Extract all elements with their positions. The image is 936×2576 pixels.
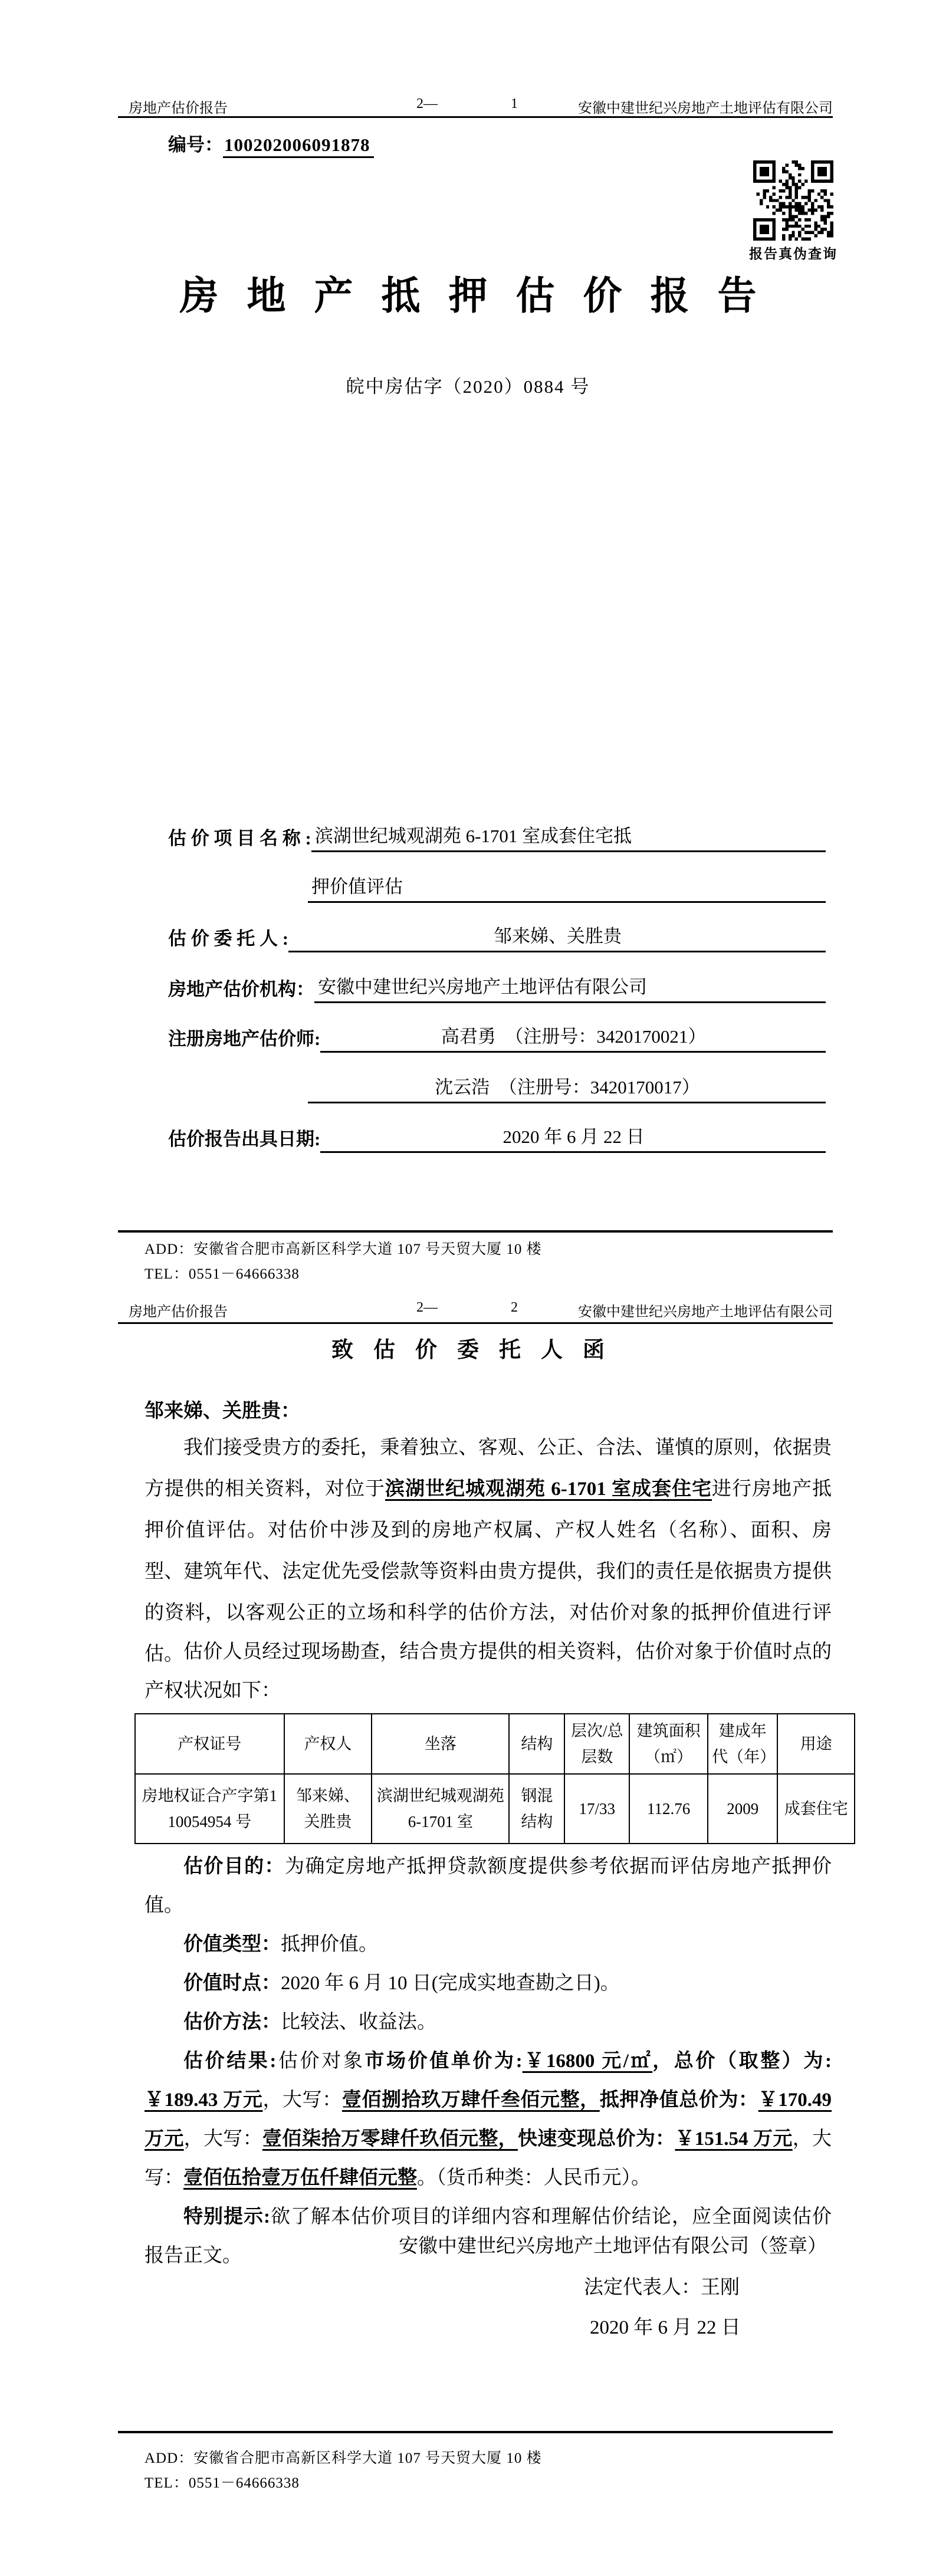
page1-footer-tel: TEL：0551－64666338 [144, 1262, 300, 1283]
field-appraiser-row1: 注册房地产估价师: 高君勇 （注册号：3420170021） [168, 1021, 826, 1053]
field-client-label: 估 价 委 托 人 : [168, 924, 288, 952]
table-cell-structure: 钢混结构 [509, 1774, 564, 1844]
property-status-table: 产权证号 产权人 坐落 结构 层次/总层数 建筑面积（㎡） 建成年代（年） 用途… [134, 1713, 855, 1844]
field-project-name-row1: 估 价 项 目 名 称 : 滨湖世纪城观湖苑 6-1701 室成套住宅抵 [168, 821, 826, 852]
table-cell-year: 2009 [708, 1774, 777, 1844]
tel-label: TEL： [144, 1266, 189, 1282]
field-issue-date-value: 2020 年 6 月 22 日 [320, 1122, 826, 1153]
page2-footer-address: ADD：安徽省合肥市高新区科学大道 107 号天贸大厦 10 楼 [144, 2446, 542, 2467]
address-label: ADD： [144, 1241, 193, 1257]
table-cell-cert-no: 房地权证合产字第110054954 号 [135, 1774, 284, 1844]
field-issue-date-label: 估价报告出具日期: [168, 1124, 320, 1153]
address-value: 安徽省合肥市高新区科学大道 107 号天贸大厦 10 楼 [193, 2450, 542, 2466]
item-value-type: 价值类型：抵押价值。 [144, 1925, 832, 1964]
qr-code [753, 160, 833, 241]
signature-company: 安徽中建世纪兴房地产土地评估有限公司（签章） [399, 2230, 827, 2258]
field-project-value-line1: 滨湖世纪城观湖苑 6-1701 室成套住宅抵 [311, 821, 826, 852]
signature-date: 2020 年 6 月 22 日 [590, 2312, 741, 2340]
document-number: 皖中房估字（2020）0884 号 [0, 372, 936, 398]
table-cell-location: 滨湖世纪城观湖苑6-1701 室 [372, 1774, 509, 1844]
field-project-value-line2: 押价值评估 [308, 872, 826, 903]
report-document: 房地产估价报告 2— 1 安徽中建世纪兴房地产土地评估有限公司 编号：10020… [0, 0, 936, 2576]
field-client-value: 邹来娣、关胜贵 [288, 921, 826, 952]
page2-header-pagination: 2— [416, 1300, 438, 1316]
page2-header-page-number: 2 [511, 1300, 518, 1316]
item-result: 估价结果:估价对象市场价值单价为:￥16800 元/㎡，总价（取整）为:￥189… [144, 2042, 832, 2197]
page1-footer-address: ADD：安徽省合肥市高新区科学大道 107 号天贸大厦 10 楼 [144, 1237, 542, 1259]
qr-caption: 报告真伪查询 [735, 243, 851, 262]
field-agency-row: 房地产估价机构： 安徽中建世纪兴房地产土地评估有限公司 [168, 972, 826, 1003]
tel-value: 0551－64666338 [189, 1266, 300, 1282]
page1-header-company: 安徽中建世纪兴房地产土地评估有限公司 [578, 96, 833, 117]
item-purpose: 估价目的：为确定房地产抵押贷款额度提供参考依据而评估房地产抵押价值。 [144, 1847, 832, 1925]
report-number-value: 100202006091878 [223, 134, 374, 158]
table-cell-area: 112.76 [629, 1774, 708, 1844]
item-method: 估价方法：比较法、收益法。 [144, 2003, 832, 2042]
page2-footer-tel: TEL：0551－64666338 [144, 2471, 300, 2492]
page2-header-company: 安徽中建世纪兴房地产土地评估有限公司 [578, 1300, 833, 1320]
page-title: 房地产抵押估价报告 [0, 264, 936, 320]
table-cell-owner: 邹来娣、关胜贵 [284, 1774, 372, 1844]
page1-header-page-number: 1 [511, 96, 518, 112]
field-project-label: 估 价 项 目 名 称 : [168, 823, 311, 852]
page1-header-pagination: 2— [416, 96, 438, 112]
report-number-label: 编号： [168, 134, 223, 155]
page2-header-left: 房地产估价报告 [129, 1300, 228, 1320]
address-value: 安徽省合肥市高新区科学大道 107 号天贸大厦 10 楼 [193, 1241, 542, 1257]
page1-header-left: 房地产估价报告 [129, 96, 228, 117]
page1-footer-rule [118, 1230, 833, 1233]
field-appraiser-row2: 沈云浩 （注册号：3420170017） [168, 1072, 826, 1103]
table-header-use: 用途 [777, 1714, 855, 1774]
table-cell-use: 成套住宅 [777, 1774, 855, 1844]
tel-value: 0551－64666338 [189, 2475, 300, 2491]
page2-header-rule [118, 1322, 833, 1324]
table-header-year: 建成年代（年） [708, 1714, 777, 1774]
page2-footer-rule [118, 2431, 833, 2433]
page1-header-rule [118, 116, 833, 118]
report-number-line: 编号：100202006091878 [168, 130, 374, 156]
table-header-row: 产权证号 产权人 坐落 结构 层次/总层数 建筑面积（㎡） 建成年代（年） 用途 [135, 1714, 855, 1774]
field-issue-date-row: 估价报告出具日期: 2020 年 6 月 22 日 [168, 1122, 826, 1153]
table-header-area: 建筑面积（㎡） [629, 1714, 708, 1774]
field-appraiser1-value: 高君勇 （注册号：3420170021） [320, 1021, 826, 1053]
table-header-structure: 结构 [509, 1714, 564, 1774]
item-value-date: 价值时点：2020 年 6 月 10 日(完成实地查勘之日)。 [144, 1964, 832, 2003]
tel-label: TEL： [144, 2475, 189, 2491]
table-header-owner: 产权人 [284, 1714, 372, 1774]
signature-legal-rep: 法定代表人：王刚 [584, 2272, 740, 2299]
field-agency-value: 安徽中建世纪兴房地产土地评估有限公司 [314, 972, 826, 1003]
table-header-floor: 层次/总层数 [564, 1714, 629, 1774]
field-project-name-row2: 押价值评估 [168, 872, 826, 903]
field-client-row: 估 价 委 托 人 : 邹来娣、关胜贵 [168, 921, 826, 952]
table-data-row: 房地权证合产字第110054954 号 邹来娣、关胜贵 滨湖世纪城观湖苑6-17… [135, 1774, 855, 1844]
letter-title: 致估价委托人函 [0, 1332, 936, 1363]
table-header-cert-no: 产权证号 [135, 1714, 284, 1774]
address-label: ADD： [144, 2450, 193, 2466]
table-cell-floor: 17/33 [564, 1774, 629, 1844]
letter-salutation: 邹来娣、关胜贵： [144, 1395, 300, 1423]
field-agency-label: 房地产估价机构： [168, 974, 314, 1003]
field-appraiser-label: 注册房地产估价师: [168, 1024, 320, 1053]
valuation-summary-items: 估价目的：为确定房地产抵押贷款额度提供参考依据而评估房地产抵押价值。 价值类型：… [144, 1847, 832, 2275]
letter-paragraph-2: 估价人员经过现场勘查，结合贵方提供的相关资料，估价对象于价值时点的产权状况如下： [144, 1632, 832, 1710]
field-appraiser2-value: 沈云浩 （注册号：3420170017） [308, 1072, 826, 1103]
table-header-location: 坐落 [372, 1714, 509, 1774]
